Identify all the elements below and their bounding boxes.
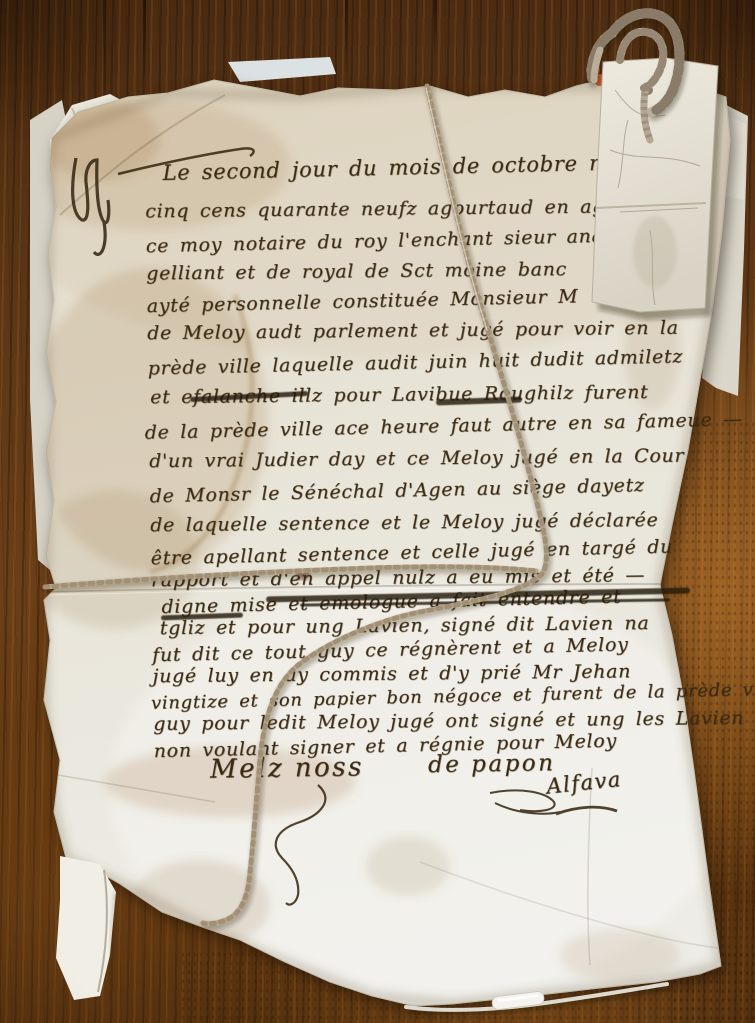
seal-tag bbox=[592, 58, 724, 320]
opening-swash-stroke bbox=[118, 148, 254, 174]
twine-and-seal-art bbox=[0, 0, 755, 1023]
paraph-after-name-stroke bbox=[490, 790, 560, 813]
closing-flourish-stroke bbox=[276, 785, 326, 905]
manuscript-photo-scene: Le second jour du mois de octobre mil ci… bbox=[0, 0, 755, 1023]
signature-dash-stroke bbox=[556, 807, 617, 814]
twine-cord bbox=[45, 86, 548, 927]
margin-paraph-stroke bbox=[73, 158, 109, 254]
pen-flourishes bbox=[73, 148, 617, 904]
